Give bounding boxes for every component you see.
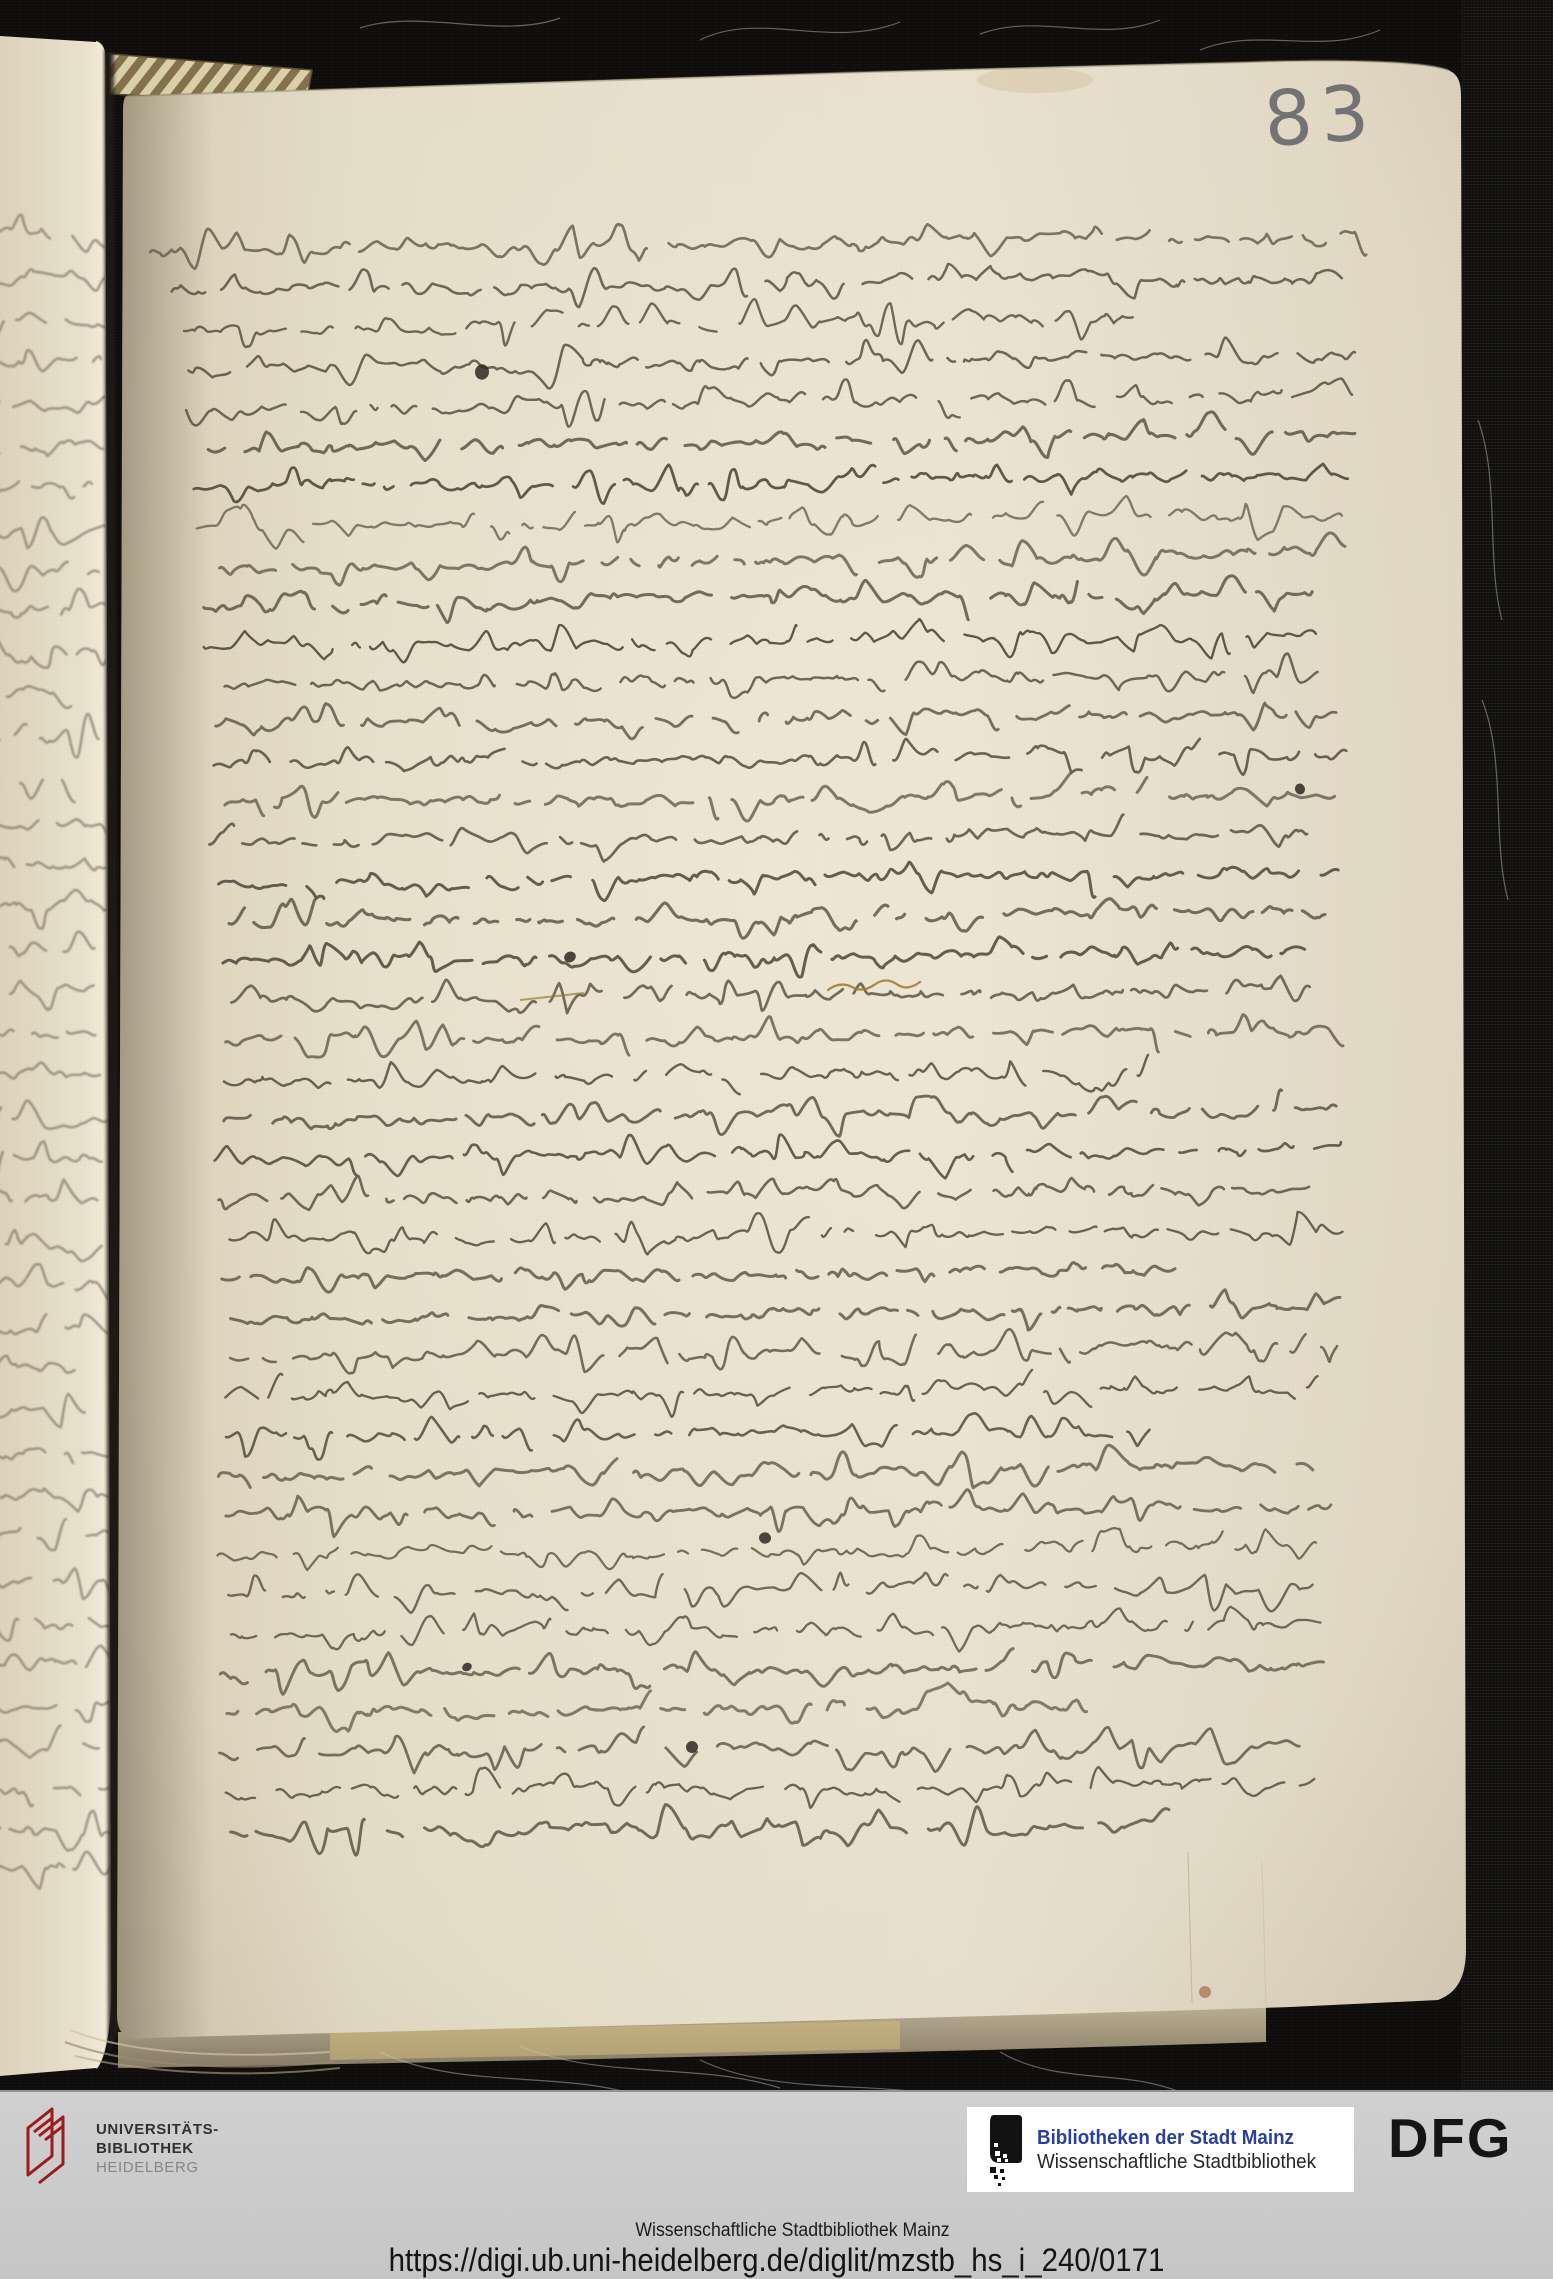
heidelberg-line3: HEIDELBERG: [96, 2158, 219, 2177]
footer-caption: Wissenschaftliche Stadtbibliothek Mainz: [55, 2220, 1529, 2242]
heidelberg-books-icon: [18, 2102, 82, 2190]
heidelberg-line1: UNIVERSITÄTS-: [96, 2120, 219, 2139]
digitized-manuscript-screenshot: 83 UNIVERSITÄTS- BIBLIOTHEK HEIDELBERG: [0, 0, 1553, 2279]
heidelberg-logo: UNIVERSITÄTS- BIBLIOTHEK HEIDELBERG: [18, 2102, 219, 2190]
mainz-line2: Wissenschaftliche Stadtbibliothek: [1037, 2150, 1316, 2174]
folio-number: 83: [1261, 67, 1380, 164]
heidelberg-line2: BIBLIOTHEK: [96, 2139, 219, 2158]
book-photo: 83: [0, 0, 1553, 2090]
mainz-logo: Bibliotheken der Stadt Mainz Wissenschaf…: [967, 2107, 1354, 2192]
manuscript-page: 83: [110, 50, 1470, 2050]
mainz-book-icon: [982, 2113, 1024, 2187]
footer-url: https://digi.ub.uni-heidelberg.de/diglit…: [62, 2242, 1491, 2279]
dfg-logo: DFG: [1388, 2106, 1513, 2170]
mainz-line1: Bibliotheken der Stadt Mainz: [1037, 2126, 1316, 2150]
footer-bar: UNIVERSITÄTS- BIBLIOTHEK HEIDELBERG: [0, 2090, 1553, 2279]
